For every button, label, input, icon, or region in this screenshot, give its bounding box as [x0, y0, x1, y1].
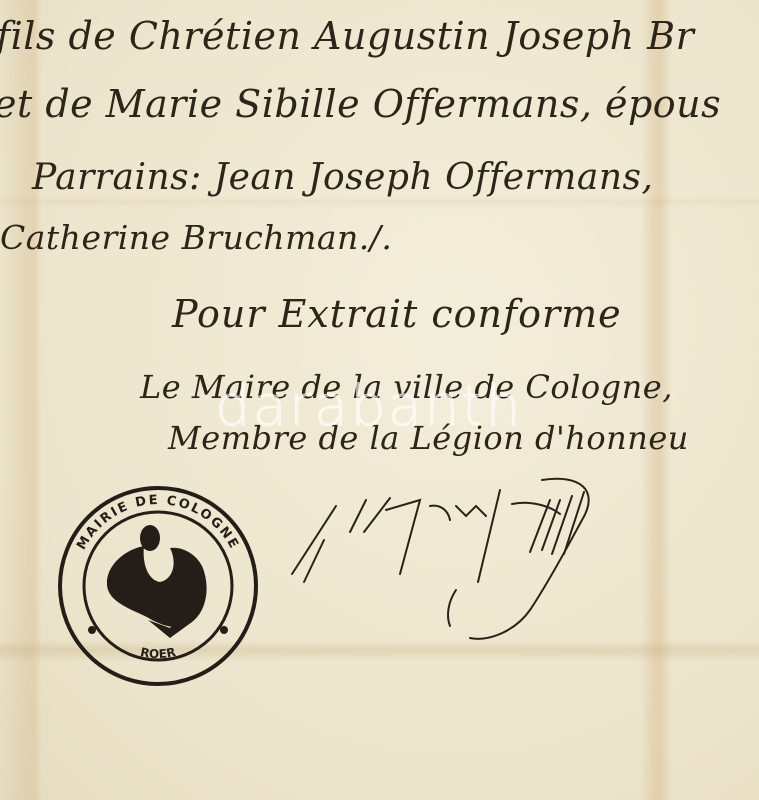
text-line-1: fils de Chrétien Augustin Joseph Br	[0, 14, 694, 58]
extract-heading: Pour Extrait conforme	[172, 292, 622, 336]
text-line-2: et de Marie Sibille Offermans, épous	[0, 82, 721, 126]
watermark: darabanth	[215, 374, 523, 439]
mairie-stamp: MAIRIE DE COLOGNE ROER	[52, 480, 264, 692]
eagle-icon	[107, 525, 207, 638]
text-line-4: Catherine Bruchman./.	[0, 218, 392, 257]
stamp-text-bottom: ROER	[139, 645, 177, 661]
mayor-signature	[280, 470, 620, 645]
svg-text:ROER: ROER	[139, 645, 177, 661]
text-line-godparents: Parrains: Jean Joseph Offermans,	[32, 157, 653, 198]
